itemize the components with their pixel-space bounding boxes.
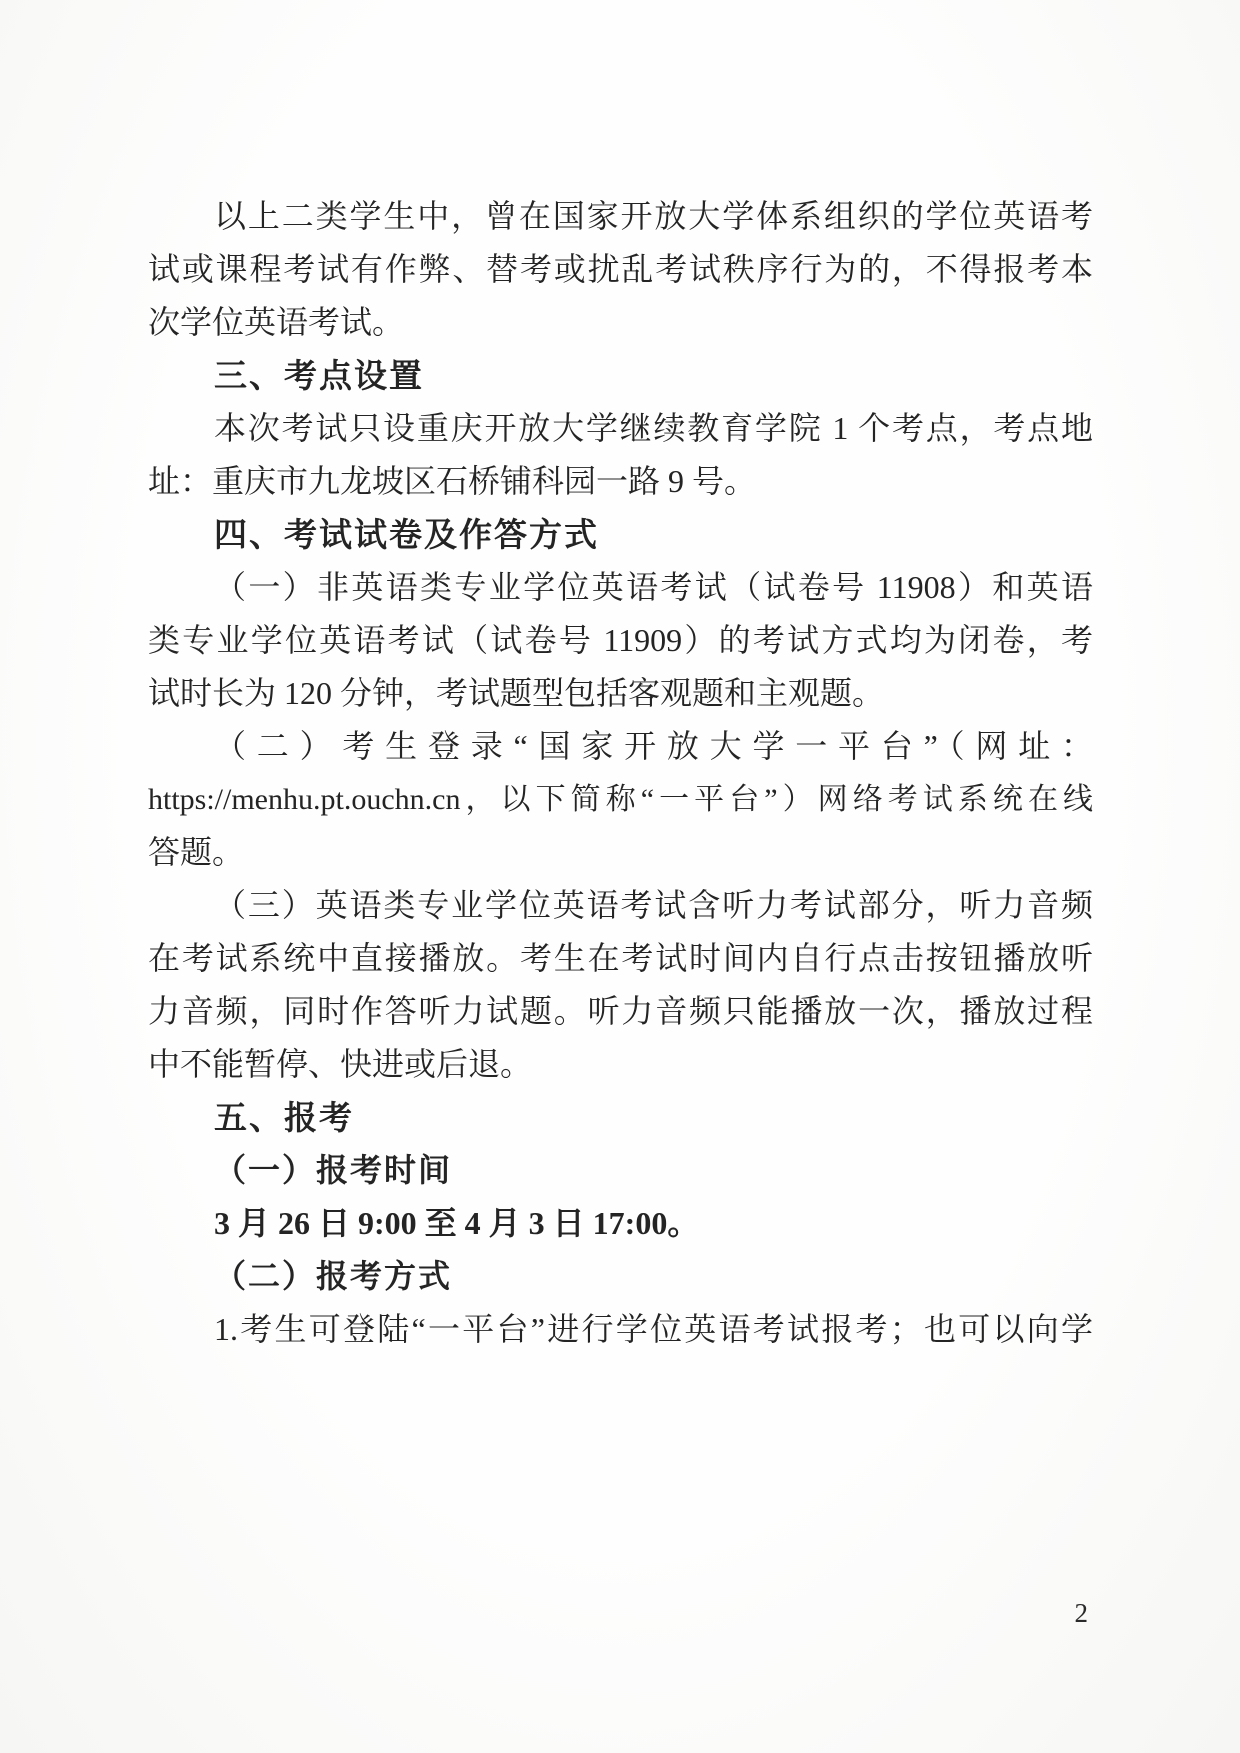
- body-line: 本次考试只设重庆开放大学继续教育学院 1 个考点，考点地: [148, 402, 1093, 455]
- body-line: 在考试系统中直接播放。考生在考试时间内自行点击按钮播放听: [148, 932, 1093, 985]
- body-line: 力音频，同时作答听力试题。听力音频只能播放一次，播放过程: [148, 985, 1093, 1038]
- subsection-heading: （一）报考时间: [148, 1144, 1093, 1197]
- body-line: 试时长为 120 分钟，考试题型包括客观题和主观题。: [148, 667, 1093, 720]
- page-number: 2: [1075, 1598, 1089, 1628]
- document-page: 以上二类学生中，曾在国家开放大学体系组织的学位英语考 试或课程考试有作弊、替考或…: [0, 0, 1240, 1753]
- body-line: 中不能暂停、快进或后退。: [148, 1038, 1093, 1091]
- body-line: （二）考生登录“国家开放大学一平台”（网址：: [148, 720, 1093, 773]
- body-line: （一）非英语类专业学位英语考试（试卷号 11908）和英语: [148, 561, 1093, 614]
- text-content: 以上二类学生中，曾在国家开放大学体系组织的学位英语考 试或课程考试有作弊、替考或…: [148, 190, 1093, 1356]
- body-line-url: https://menhu.pt.ouchn.cn，以下简称“一平台”）网络考试…: [148, 773, 1093, 826]
- body-line: 1.考生可登陆“一平台”进行学位英语考试报考；也可以向学: [148, 1303, 1093, 1356]
- body-line: 答题。: [148, 826, 1093, 879]
- body-line: （三）英语类专业学位英语考试含听力考试部分，听力音频: [148, 879, 1093, 932]
- section-heading: 四、考试试卷及作答方式: [148, 508, 1093, 561]
- section-heading: 五、报考: [148, 1091, 1093, 1144]
- body-line: 以上二类学生中，曾在国家开放大学体系组织的学位英语考: [148, 190, 1093, 243]
- subsection-heading: （二）报考方式: [148, 1250, 1093, 1303]
- section-heading: 三、考点设置: [148, 349, 1093, 402]
- body-line: 址：重庆市九龙坡区石桥铺科园一路 9 号。: [148, 455, 1093, 508]
- body-line: 类专业学位英语考试（试卷号 11909）的考试方式均为闭卷，考: [148, 614, 1093, 667]
- body-line: 次学位英语考试。: [148, 296, 1093, 349]
- body-line: 试或课程考试有作弊、替考或扰乱考试秩序行为的，不得报考本: [148, 243, 1093, 296]
- date-line: 3 月 26 日 9:00 至 4 月 3 日 17:00。: [148, 1197, 1093, 1250]
